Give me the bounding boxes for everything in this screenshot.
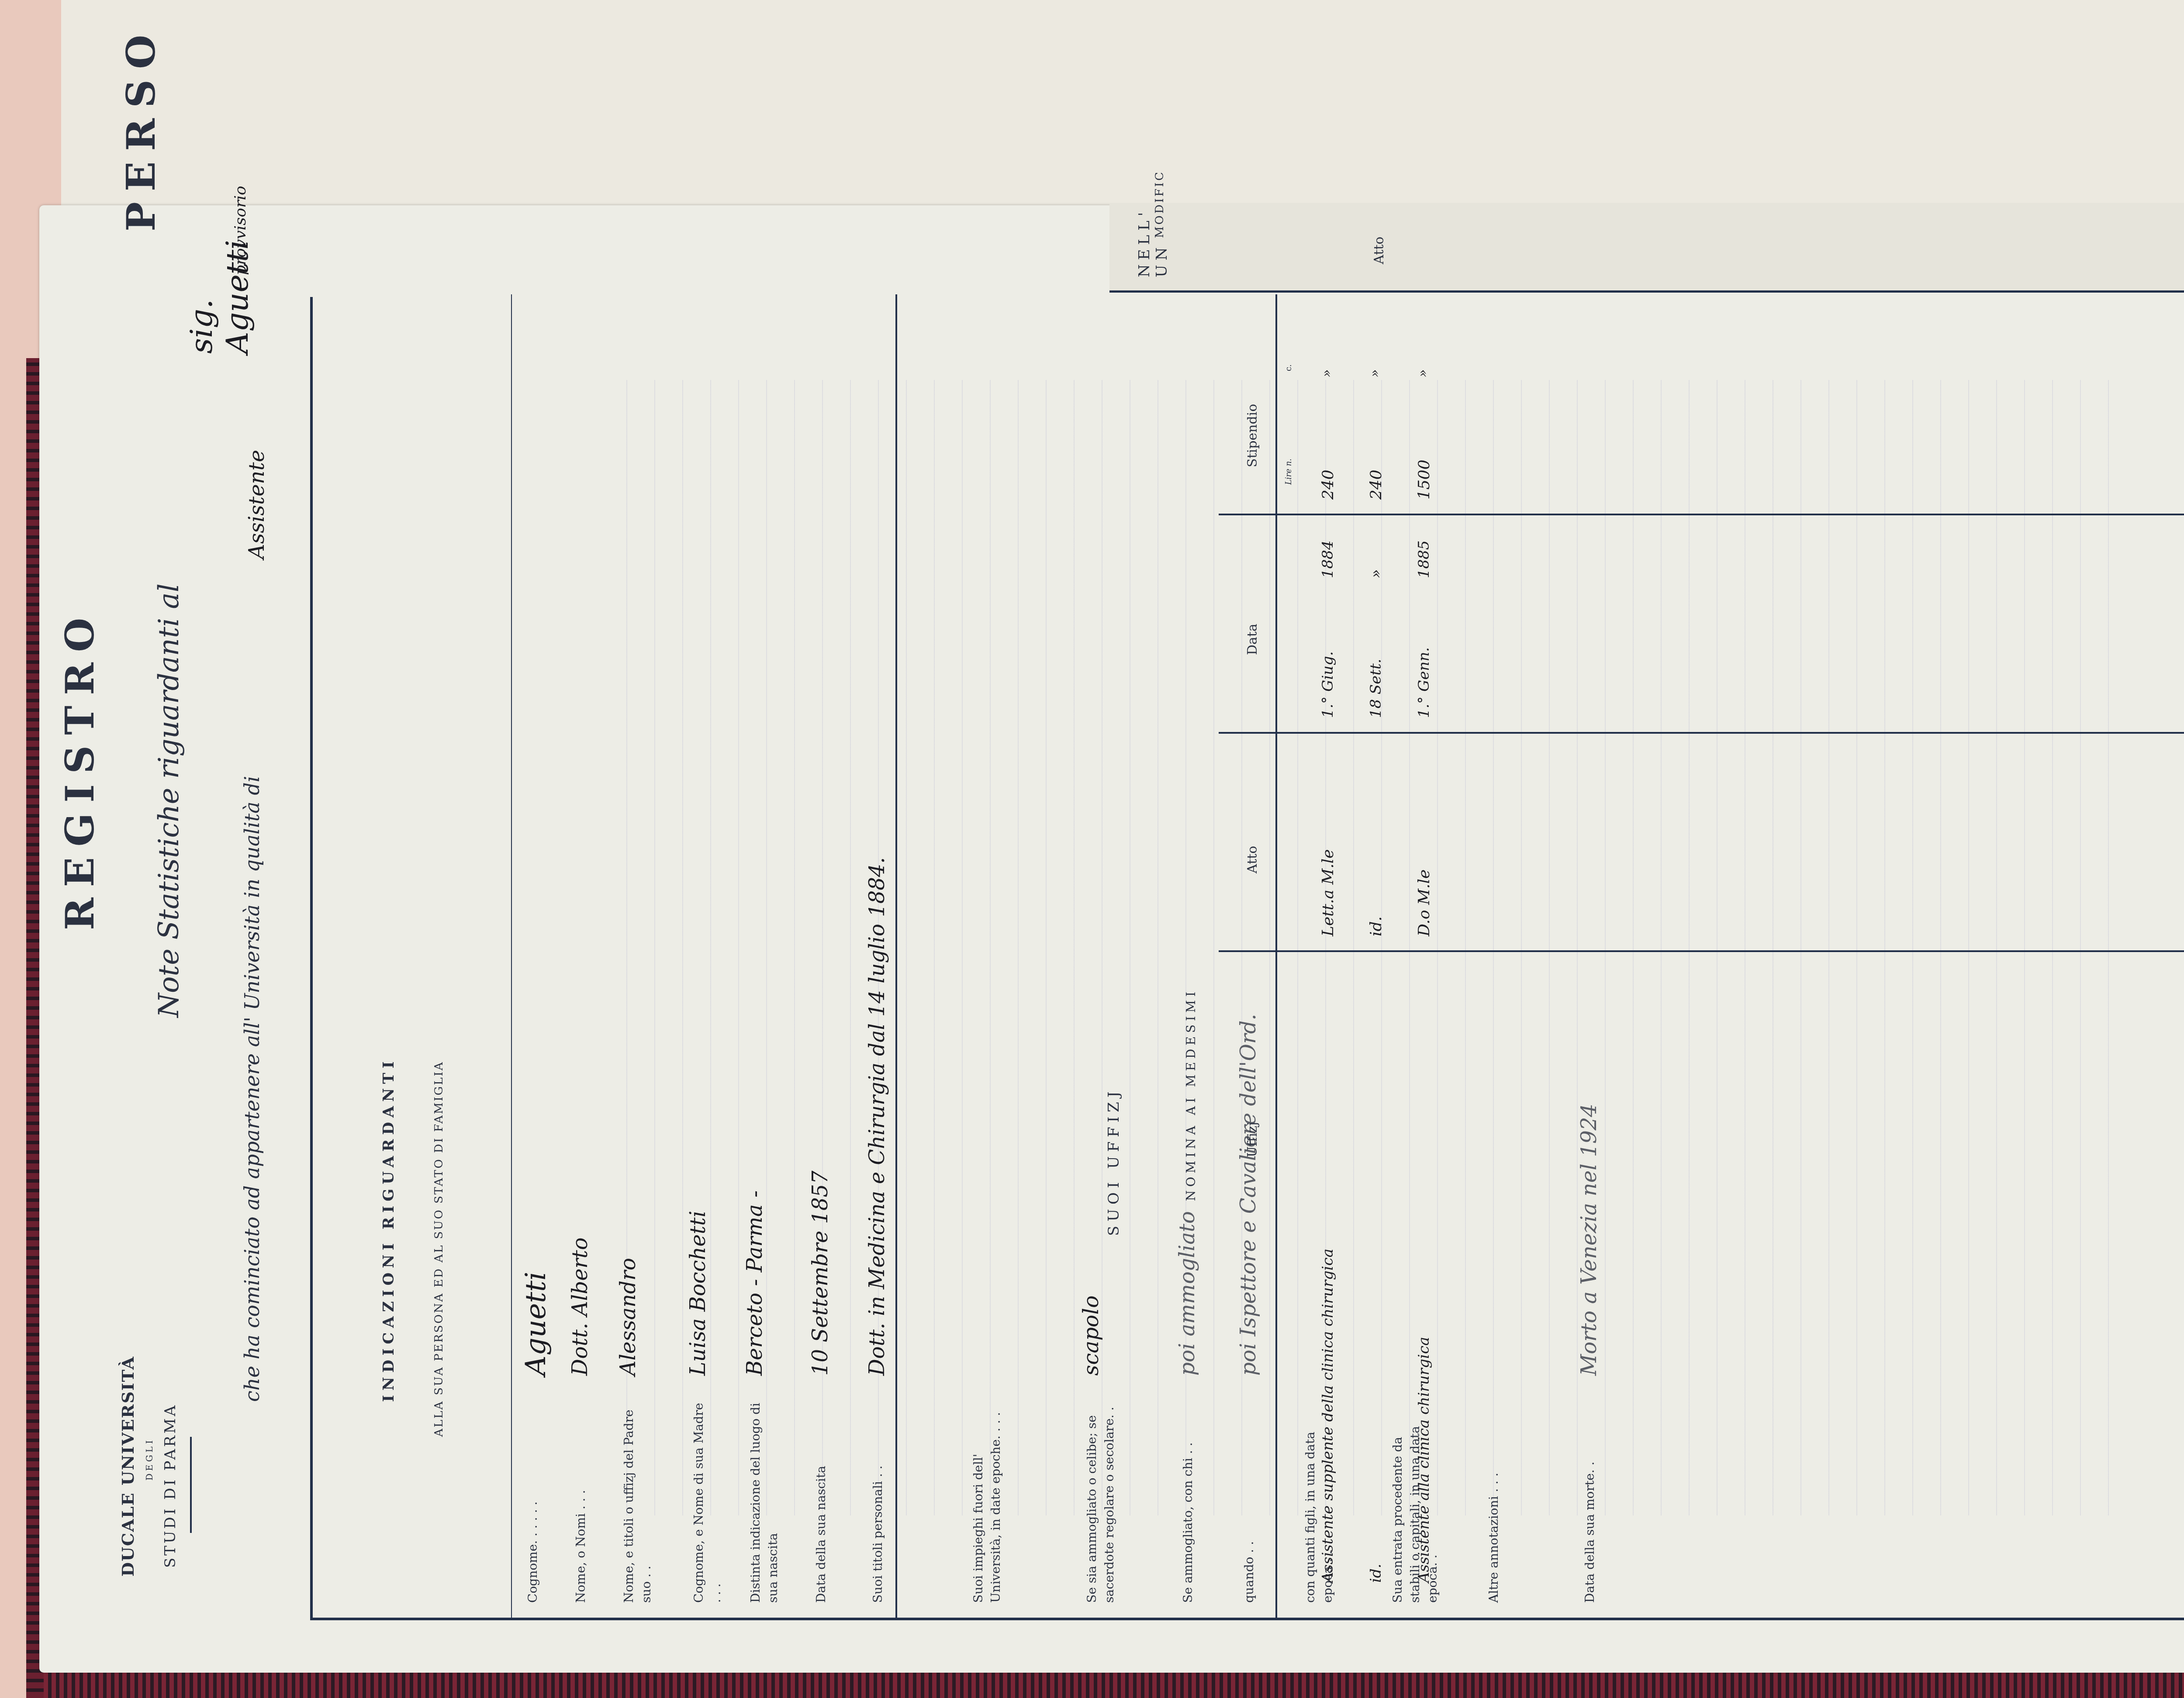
field-label: quando . . <box>1241 1402 1258 1603</box>
office-cents: » <box>1367 369 1382 377</box>
field-value: Luisa Bocchetti <box>686 1211 710 1376</box>
field-label: Data della sua nascita <box>812 1402 830 1603</box>
office-cents: » <box>1415 369 1431 377</box>
office-atto: Lett.a M.le <box>1319 849 1337 936</box>
stipendio-cents: c. <box>1284 364 1293 371</box>
office-year: » <box>1367 569 1385 578</box>
overlap-page-strip: NELL' UN MODIFIC Atto <box>1109 203 2184 293</box>
field-value: Dott. in Medicina e Chirurgia dal 14 lug… <box>865 857 889 1376</box>
field-label: Cognome. . . . . . <box>524 1402 542 1603</box>
office-row: Assistente supplente della clinica chiru… <box>1315 294 1358 1618</box>
office-uffizj: id. <box>1367 1564 1385 1583</box>
office-lire: 240 <box>1319 469 1337 500</box>
register-sheet: DUCALE UNIVERSITÀ DEGLI STUDI DI PARMA R… <box>39 205 2184 1673</box>
field-value: Morto a Venezia nel 1924 <box>1577 1104 1601 1376</box>
office-lire: 240 <box>1367 469 1385 500</box>
office-atto: id. <box>1367 916 1385 936</box>
col-atto: Atto <box>1245 846 1260 873</box>
office-cents: » <box>1319 369 1334 377</box>
frame-top <box>310 297 313 1620</box>
office-data: 1.° Genn. <box>1415 647 1433 718</box>
note-title: Note Statistiche riguardanti al <box>153 583 185 1018</box>
field-value: Berceto - Parma - <box>743 1191 767 1376</box>
field-label: Se ammogliato, con chi . . <box>1179 1402 1197 1603</box>
personal-field-row: Nome, o Nomi . . .Dott. Alberto <box>568 336 616 1603</box>
register-page: DUCALE UNIVERSITÀ DEGLI STUDI DI PARMA R… <box>39 205 2184 1673</box>
field-value: 10 Settembre 1857 <box>808 1170 833 1376</box>
field-label: Suoi impieghi fuori dell' Università, in… <box>970 1402 1005 1603</box>
field-label: Altre annotazioni . . . <box>1485 1402 1503 1603</box>
register-title-right: PERSO <box>118 24 164 231</box>
personal-field-row: Data della sua morte. .Morto a Venezia n… <box>1577 336 1664 1603</box>
office-row: Assistente alla clinica chirurgicaD.o M.… <box>1411 294 1455 1618</box>
office-year: 1884 <box>1319 540 1337 578</box>
personal-field-row: Altre annotazioni . . . <box>1481 336 1577 1603</box>
note-handwritten-extra: provvisorio <box>232 186 249 275</box>
office-data: 1.° Giug. <box>1319 651 1337 718</box>
field-value: poi ammogliato <box>1175 1211 1199 1376</box>
personal-field-row: Suoi titoli personali . .Dott. in Medici… <box>865 336 965 1603</box>
institution-city: STUDI DI PARMA <box>162 1403 179 1568</box>
overlap-subheading: MODIFIC <box>1153 170 1166 238</box>
office-uffizj: Assistente supplente della clinica chiru… <box>1319 1249 1337 1583</box>
note-handwritten-role: Assistente <box>245 450 269 559</box>
col-data: Data <box>1245 624 1260 655</box>
institution-degli: DEGLI <box>144 1438 155 1481</box>
overlap-col-atto: Atto <box>1372 237 1387 264</box>
field-value: scapolo <box>1079 1295 1103 1376</box>
field-value: Dott. Alberto <box>568 1237 592 1376</box>
field-label: Nome, o Nomi . . . <box>572 1402 590 1603</box>
col-uffizj: Uffizj <box>1245 1122 1260 1157</box>
field-value: Aguetti <box>520 1272 552 1376</box>
institution-name: DUCALE UNIVERSITÀ <box>118 1356 138 1577</box>
header-divider <box>190 1437 192 1533</box>
note-subtitle: che ha cominciato ad appartenere all' Un… <box>240 776 264 1402</box>
office-uffizj: Assistente alla clinica chirurgica <box>1415 1337 1433 1583</box>
field-label: Data della sua morte. . <box>1581 1402 1599 1603</box>
col-stipendio: Stipendio <box>1245 404 1260 467</box>
field-label: Cognome, e Nome di sua Madre . . . <box>690 1402 725 1603</box>
personal-field-row: Nome, e titoli o uffizj del Padre suo . … <box>616 336 686 1603</box>
personal-field-row: Distinta indicazione del luogo di sua na… <box>743 336 808 1603</box>
personal-subheading: ALLA SUA PERSONA ED AL SUO STATO DI FAMI… <box>432 1061 446 1437</box>
offices-subheading: NOMINA AI MEDESIMI <box>1184 988 1198 1201</box>
office-atto: D.o M.le <box>1415 870 1433 936</box>
offices-header-rule <box>1275 294 1277 1618</box>
field-label: Nome, e titoli o uffizj del Padre suo . … <box>620 1402 655 1603</box>
personal-field-row: Suoi impieghi fuori dell' Università, in… <box>965 336 1079 1603</box>
field-label: Se sia ammogliato o celibe; se sacerdote… <box>1083 1402 1118 1603</box>
personal-field-row: Se sia ammogliato o celibe; se sacerdote… <box>1079 336 1175 1603</box>
field-value: Alessandro <box>616 1258 640 1376</box>
frame-left <box>310 1618 2184 1620</box>
register-title: REGISTRO <box>57 607 103 930</box>
field-label: Suoi titoli personali . . <box>869 1402 887 1603</box>
office-year: 1885 <box>1415 540 1433 578</box>
stipendio-lire: Lire n. <box>1284 459 1293 485</box>
office-row: id.id.18 Sett.»240» <box>1363 294 1406 1618</box>
field-value: poi Ispettore e Cavaliere dell'Ord. <box>1236 1014 1261 1376</box>
personal-heading: INDICAZIONI RIGUARDANTI <box>380 1057 397 1402</box>
field-label: Distinta indicazione del luogo di sua na… <box>747 1402 782 1603</box>
offices-heading: SUOI UFFIZJ <box>1105 1087 1123 1236</box>
personal-field-row: quando . .poi Ispettore e Cavaliere dell… <box>1236 336 1297 1603</box>
book-binding-edge <box>44 1672 2184 1698</box>
personal-field-row: Se ammogliato, con chi . .poi ammogliato <box>1175 336 1236 1603</box>
personal-field-row: Cognome, e Nome di sua Madre . . .Luisa … <box>686 336 743 1603</box>
office-data: 18 Sett. <box>1367 659 1385 718</box>
personal-field-row: Cognome. . . . . .Aguetti <box>520 336 568 1603</box>
personal-field-row: Data della sua nascita10 Settembre 1857 <box>808 336 865 1603</box>
office-lire: 1500 <box>1415 459 1433 500</box>
personal-header-rule <box>511 294 512 1618</box>
